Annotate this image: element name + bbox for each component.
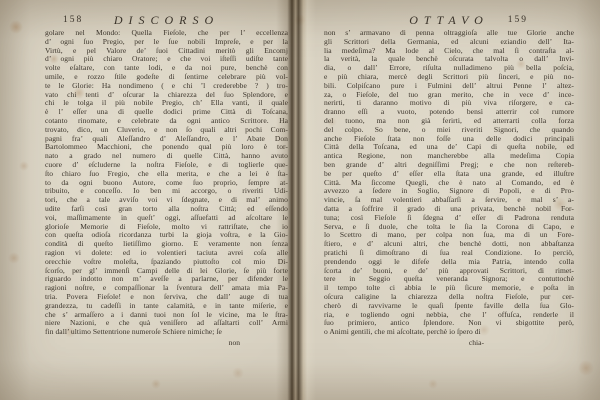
left-page-text: golare nel Mondo: Quella Fieſole, che pe… [45, 29, 288, 337]
right-running-title: OTTAVO [324, 13, 574, 28]
left-catchword: non [45, 338, 288, 347]
text-line: fin dall’ ultimo Settentrione numeroſe S… [45, 328, 288, 337]
right-page-header: OTTAVO 159 [324, 13, 574, 29]
book-spread: 158 DISCORSO golare nel Mondo: Quella Fi… [0, 0, 600, 400]
right-page-number: 159 [508, 15, 528, 25]
text-line: o Animi gentili, che mi aſcoltate, perch… [324, 328, 574, 337]
right-catchword: chia- [324, 338, 574, 347]
right-page: OTTAVO 159 non s’ armavano di penna oltr… [324, 0, 574, 400]
left-page-header: 158 DISCORSO [45, 13, 288, 29]
left-running-title: DISCORSO [45, 13, 288, 28]
right-page-text: non s’ armavano di penna oltraggioſa all… [324, 29, 574, 337]
left-page: 158 DISCORSO golare nel Mondo: Quella Fi… [45, 0, 288, 400]
